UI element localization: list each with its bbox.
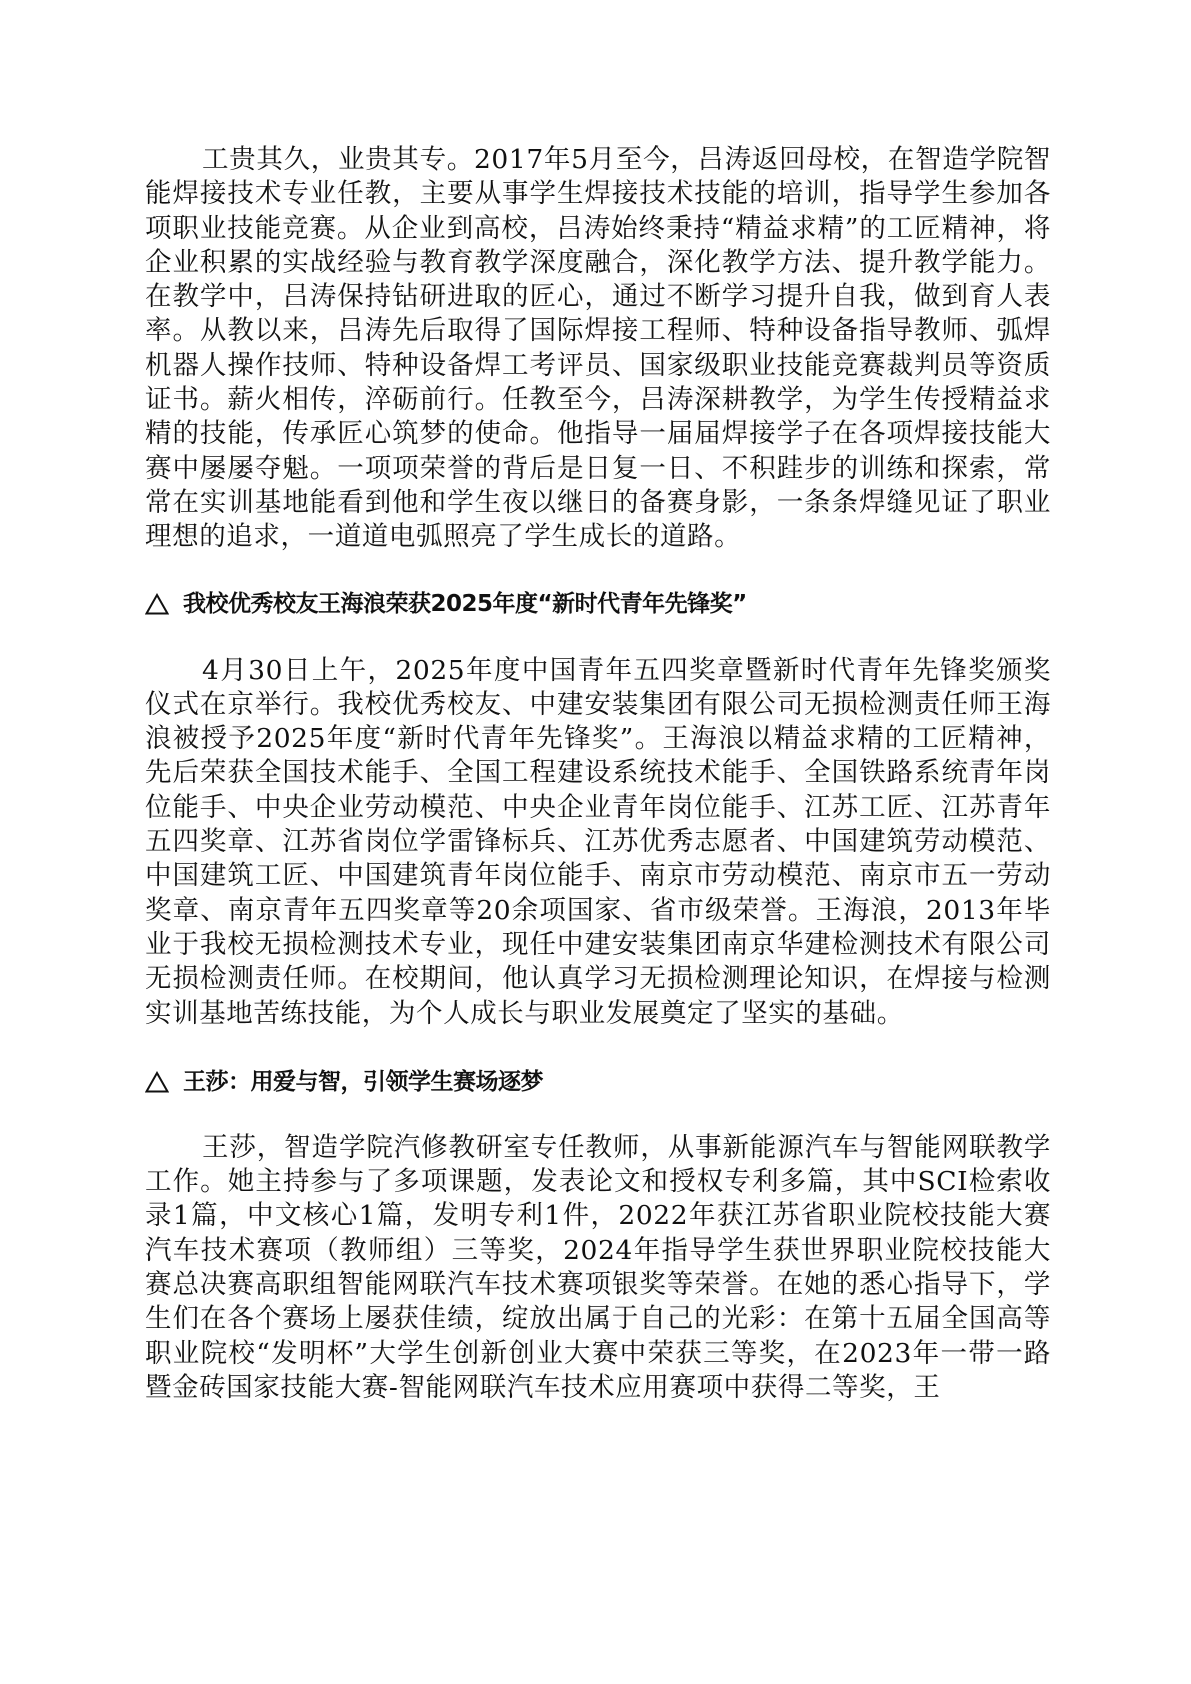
- triangle-outline-icon: [145, 1071, 169, 1093]
- section-heading-text: 王莎：用爱与智，引领学生赛场逐梦: [183, 1067, 543, 1097]
- section-heading-wang-hailang: 我校优秀校友王海浪荣获2025年度“新时代青年先锋奖”: [145, 589, 1051, 619]
- triangle-outline-icon: [145, 593, 169, 615]
- section-heading-wang-sha: 王莎：用爱与智，引领学生赛场逐梦: [145, 1067, 1051, 1097]
- document-page: 工贵其久，业贵其专。2017年5月至今，吕涛返回母校，在智造学院智能焊接技术专业…: [145, 143, 1051, 1405]
- paragraph-wang-sha: 王莎，智造学院汽修教研室专任教师，从事新能源汽车与智能网联教学工作。她主持参与了…: [145, 1131, 1051, 1405]
- section-heading-text: 我校优秀校友王海浪荣获2025年度“新时代青年先锋奖”: [183, 589, 747, 619]
- paragraph-lv-tao: 工贵其久，业贵其专。2017年5月至今，吕涛返回母校，在智造学院智能焊接技术专业…: [145, 143, 1051, 555]
- paragraph-wang-hailang: 4月30日上午，2025年度中国青年五四奖章暨新时代青年先锋奖颁奖仪式在京举行。…: [145, 654, 1051, 1031]
